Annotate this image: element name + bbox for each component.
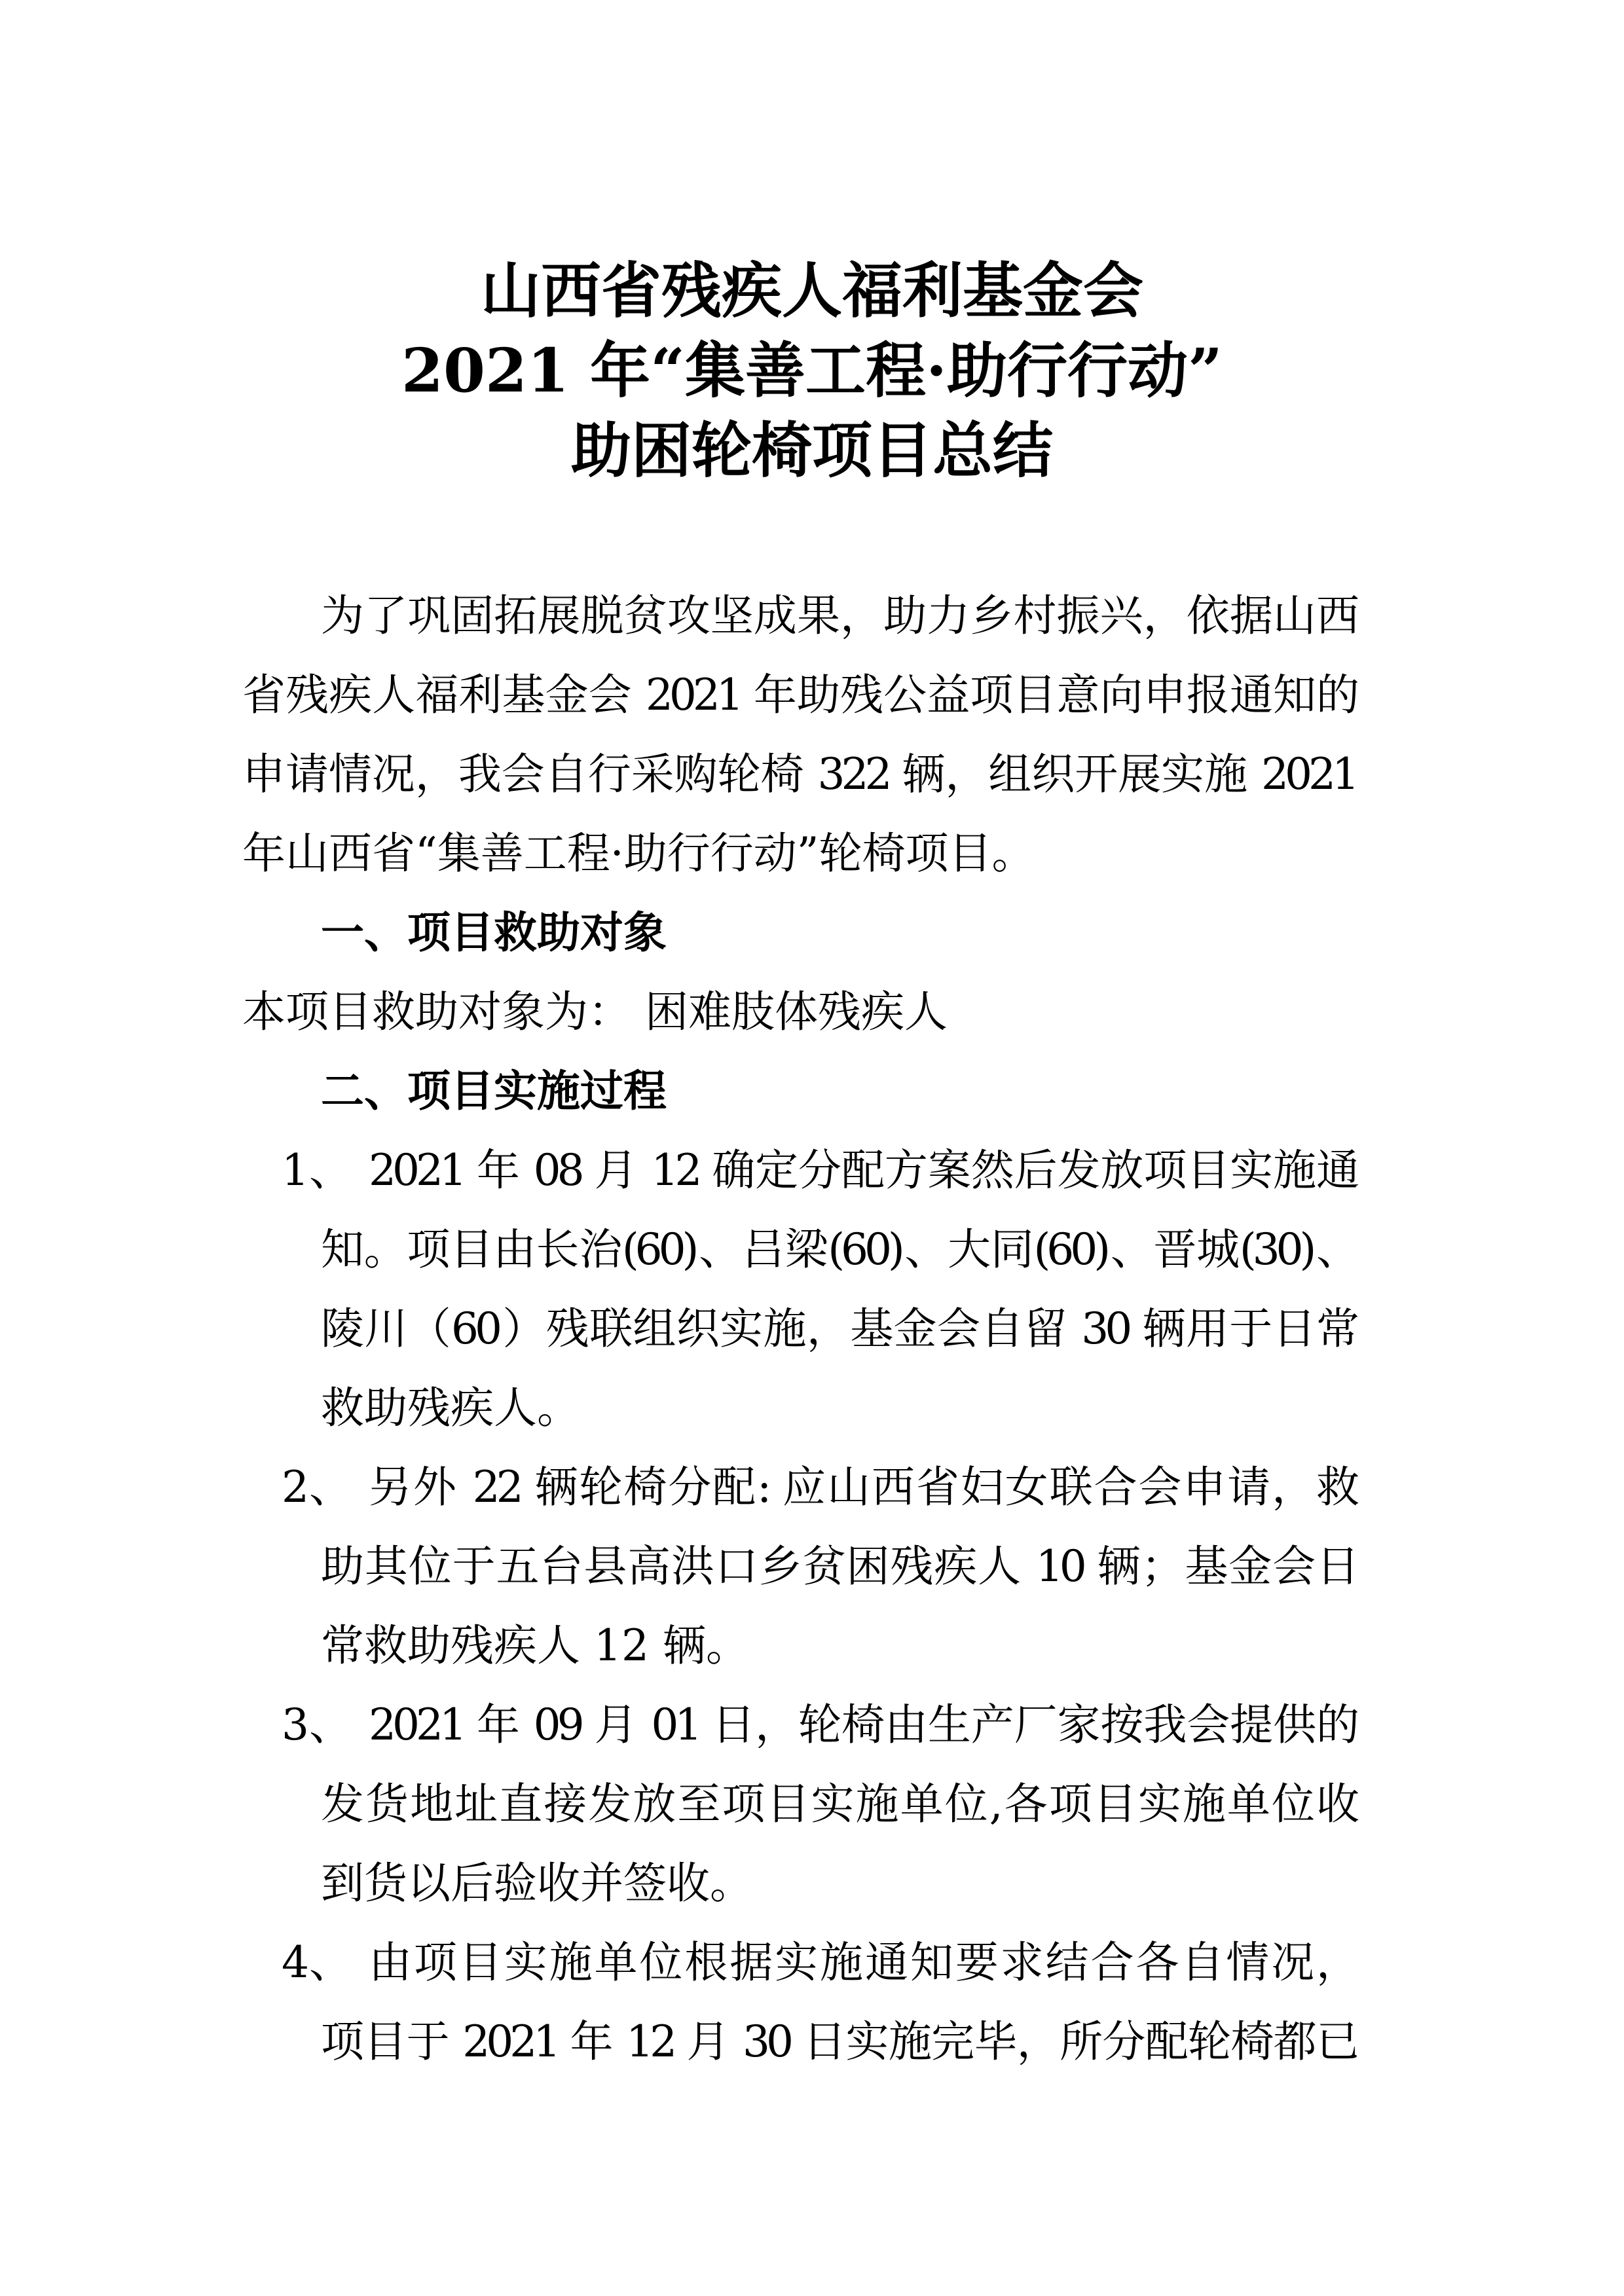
title-line-3: 助困轮椅项目总结	[0, 410, 1624, 490]
text-line: 知。项目由长治(60)、吕梁(60)、大同(60)、晋城(30)、	[242, 1210, 1356, 1289]
text-line: 陵川（60）残联组织实施，基金会自留 30 辆用于日常	[242, 1289, 1356, 1368]
line-text: 项目于 2021 年 12 月 30 日实施完毕，所分配轮椅都已	[321, 2016, 1356, 2067]
line-text: 由项目实施单位根据实施通知要求结合各自情况，	[369, 1937, 1356, 1988]
line-text: 知。项目由长治(60)、吕梁(60)、大同(60)、晋城(30)、	[321, 1224, 1356, 1275]
list-number: 4、	[282, 1923, 352, 2002]
line-text: 另外 22 辆轮椅分配: 应山西省妇女联合会申请，救	[369, 1462, 1356, 1512]
line-text: 申请情况，我会自行采购轮椅 322 辆，组织开展实施 2021	[242, 749, 1356, 799]
text-line: 为了巩固拓展脱贫攻坚成果，助力乡村振兴，依据山西	[242, 576, 1356, 655]
text-line: 发货地址直接发放至项目实施单位,各项目实施单位收	[242, 1764, 1356, 1844]
line-text: 为了巩固拓展脱贫攻坚成果，助力乡村振兴，依据山西	[321, 591, 1356, 641]
line-text: 2021 年 08 月 12 确定分配方案然后发放项目实施通	[369, 1145, 1356, 1195]
document-page: 山西省残疾人福利基金会 2021 年“集善工程·助行行动” 助困轮椅项目总结 为…	[0, 0, 1624, 2296]
section-heading: 一、项目救助对象	[242, 893, 1356, 972]
text-line: 4、由项目实施单位根据实施通知要求结合各自情况，	[242, 1923, 1356, 2002]
line-text: 救助残疾人。	[321, 1383, 580, 1433]
text-line: 2、另外 22 辆轮椅分配: 应山西省妇女联合会申请，救	[242, 1448, 1356, 1527]
text-line: 救助残疾人。	[242, 1368, 1356, 1448]
text-line: 省残疾人福利基金会 2021 年助残公益项目意向申报通知的	[242, 655, 1356, 735]
text-line: 年山西省“集善工程·助行行动”轮椅项目。	[242, 814, 1356, 893]
text-line: 1、2021 年 08 月 12 确定分配方案然后发放项目实施通	[242, 1131, 1356, 1210]
line-text: 本项目救助对象为： 困难肢体残疾人	[242, 987, 948, 1037]
section-heading: 二、项目实施过程	[242, 1051, 1356, 1131]
text-line: 项目于 2021 年 12 月 30 日实施完毕，所分配轮椅都已	[242, 2002, 1356, 2081]
line-text: 陵川（60）残联组织实施，基金会自留 30 辆用于日常	[321, 1303, 1356, 1354]
document-body: 为了巩固拓展脱贫攻坚成果，助力乡村振兴，依据山西省残疾人福利基金会 2021 年…	[242, 576, 1356, 2081]
line-text: 2021 年 09 月 01 日，轮椅由生产厂家按我会提供的	[369, 1700, 1356, 1750]
line-text: 发货地址直接发放至项目实施单位,各项目实施单位收	[321, 1779, 1356, 1829]
line-text: 一、项目救助对象	[321, 907, 667, 958]
title-line-1: 山西省残疾人福利基金会	[0, 251, 1624, 331]
text-line: 申请情况，我会自行采购轮椅 322 辆，组织开展实施 2021	[242, 735, 1356, 814]
line-text: 常救助残疾人 12 辆。	[321, 1620, 749, 1671]
list-number: 1、	[282, 1131, 352, 1210]
document-title: 山西省残疾人福利基金会 2021 年“集善工程·助行行动” 助困轮椅项目总结	[0, 251, 1624, 490]
line-text: 省残疾人福利基金会 2021 年助残公益项目意向申报通知的	[242, 670, 1356, 720]
text-line: 3、2021 年 09 月 01 日，轮椅由生产厂家按我会提供的	[242, 1685, 1356, 1764]
line-text: 二、项目实施过程	[321, 1066, 667, 1116]
line-text: 助其位于五台县高洪口乡贫困残疾人 10 辆；基金会日	[321, 1541, 1356, 1592]
text-line: 本项目救助对象为： 困难肢体残疾人	[242, 972, 1356, 1051]
text-line: 助其位于五台县高洪口乡贫困残疾人 10 辆；基金会日	[242, 1527, 1356, 1606]
line-text: 到货以后验收并签收。	[321, 1858, 753, 1908]
text-line: 到货以后验收并签收。	[242, 1844, 1356, 1923]
text-line: 常救助残疾人 12 辆。	[242, 1606, 1356, 1685]
list-number: 2、	[282, 1448, 352, 1527]
title-line-2: 2021 年“集善工程·助行行动”	[0, 331, 1624, 410]
list-number: 3、	[282, 1685, 352, 1764]
line-text: 年山西省“集善工程·助行行动”轮椅项目。	[242, 828, 1035, 879]
